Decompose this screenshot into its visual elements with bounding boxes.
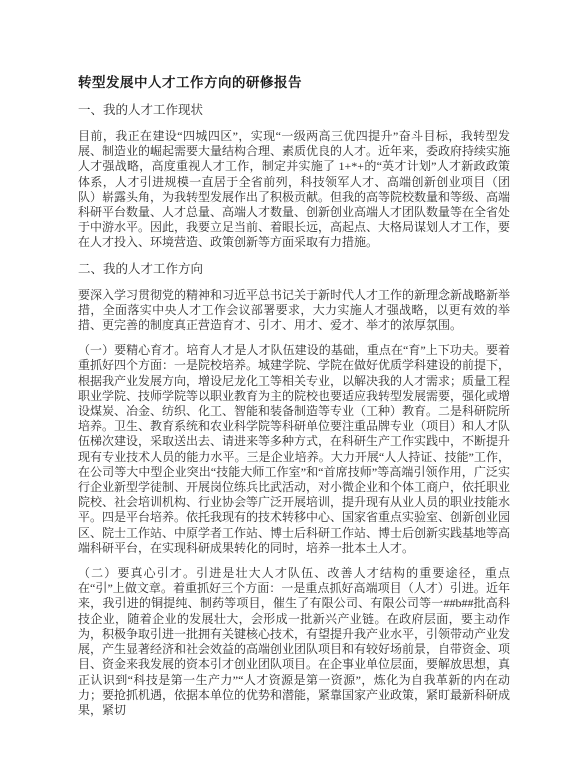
paragraph-item2-attract-talent: （二）要真心引才。引进是壮大人才队伍、改善人才结构的重要途径，重点在“引”上做文… <box>78 566 510 718</box>
section-heading-work-direction: 二、我的人才工作方向 <box>78 261 510 277</box>
section-heading-current-status: 一、我的人才工作现状 <box>78 102 510 118</box>
paragraph-item1-cultivate-talent: （一）要精心育才。培育人才是人才队伍建设的基础，重点在“育”上下功夫。要着重抓好… <box>78 343 510 556</box>
document-page: 转型发展中人才工作方向的研修报告 一、我的人才工作现状 目前，我正在建设“四城四… <box>0 0 586 759</box>
paragraph-current-status: 目前，我正在建设“四城四区”，实现“一级两高三优四提升”奋斗目标，我转型发展、制… <box>78 129 510 251</box>
document-title: 转型发展中人才工作方向的研修报告 <box>78 74 510 91</box>
paragraph-direction-intro: 要深入学习贯彻党的精神和习近平总书记关于新时代人才工作的新理念新战略新举措，全面… <box>78 288 510 334</box>
